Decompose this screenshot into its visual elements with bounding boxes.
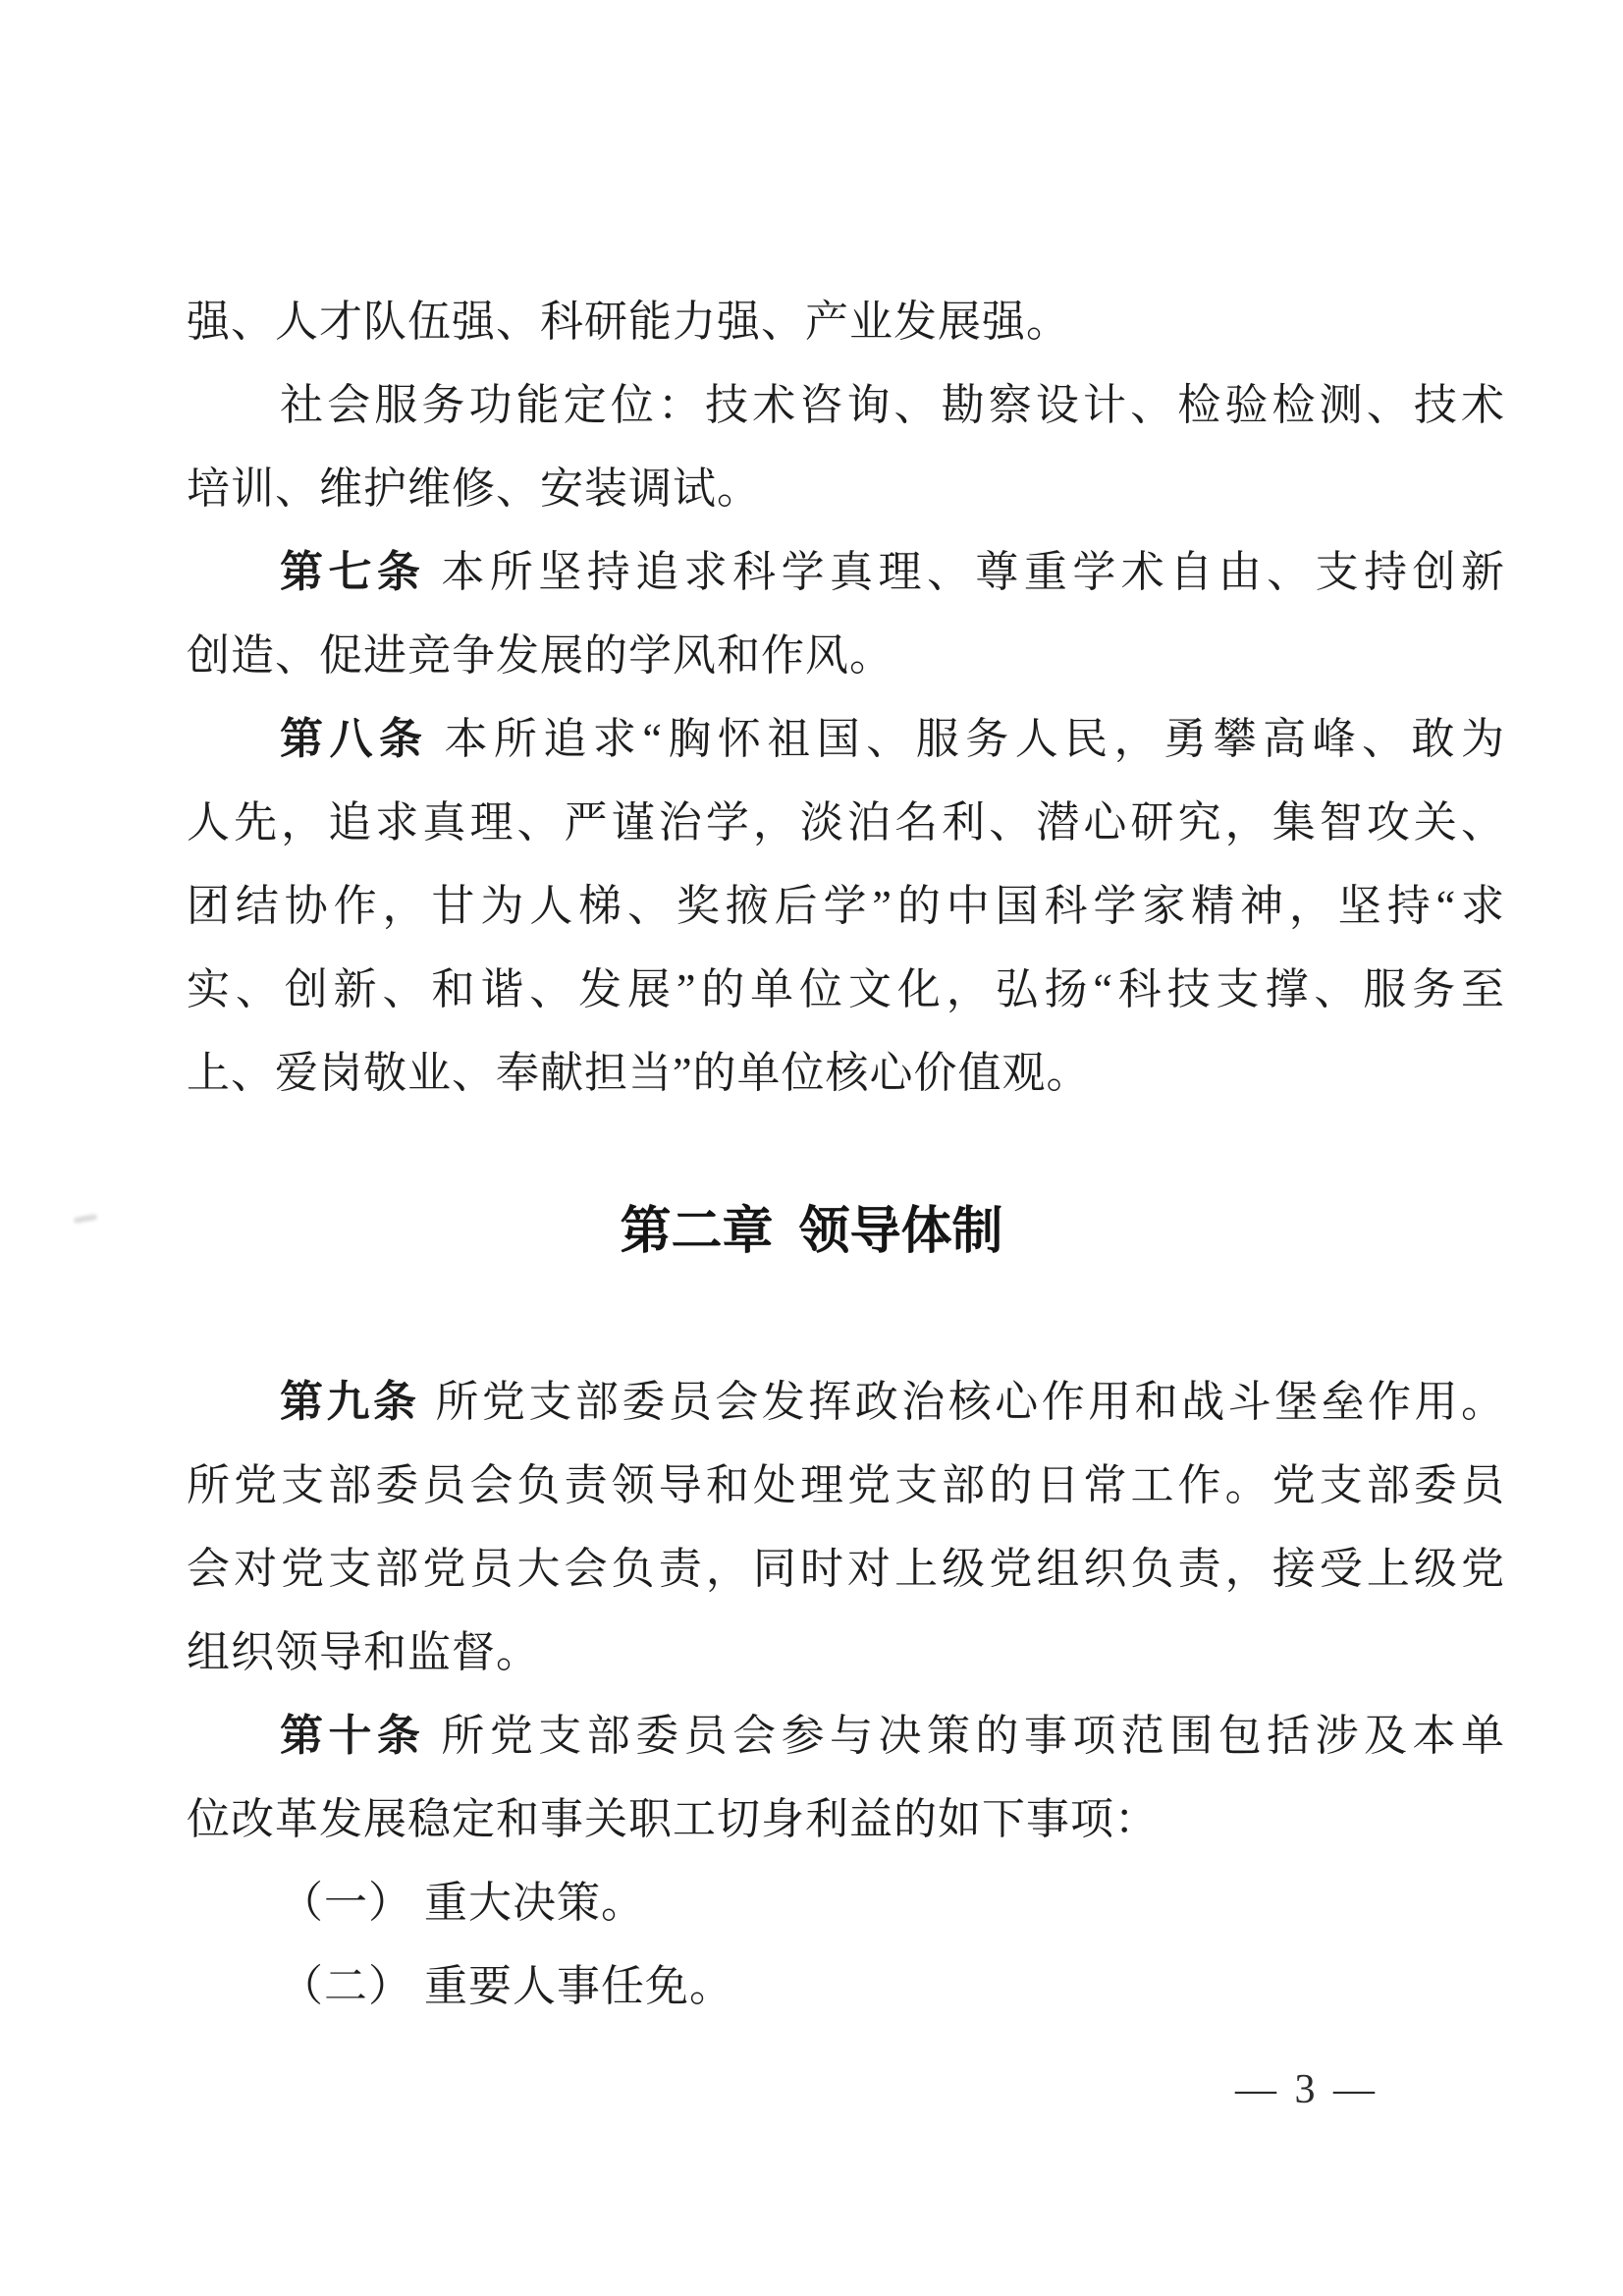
text-run: （一） 重大决策。 — [280, 1879, 645, 1927]
text-line: 位改革发展稳定和事关职工切身利益的如下事项： — [187, 1777, 1505, 1861]
text-line: 上、爱岗敬业、奉献担当”的单位核心价值观。 — [187, 1031, 1505, 1115]
text-run: 所党支部委员会参与决策的事项范围包括涉及本单 — [441, 1712, 1505, 1760]
article-number-label: 第八条 — [280, 715, 428, 763]
text-run: 实、创新、和谐、发展”的单位文化，弘扬“科技支撑、服务至 — [187, 965, 1505, 1013]
text-run: 本所追求“胸怀祖国、服务人民，勇攀高峰、敢为 — [444, 715, 1505, 763]
text-line: 创造、促进竞争发展的学风和作风。 — [187, 614, 1505, 697]
text-line: 强、人才队伍强、科研能力强、产业发展强。 — [187, 280, 1505, 363]
text-line: 会对党支部党员大会负责，同时对上级党组织负责，接受上级党 — [187, 1527, 1505, 1611]
text-run: 会对党支部党员大会负责，同时对上级党组织负责，接受上级党 — [187, 1545, 1505, 1593]
text-line: 第十条所党支部委员会参与决策的事项范围包括涉及本单 — [187, 1694, 1505, 1777]
article-number-label: 第七条 — [280, 548, 425, 596]
paragraph-block-after-heading: 第九条所党支部委员会发挥政治核心作用和战斗堡垒作用。所党支部委员会负责领导和处理… — [187, 1360, 1505, 2028]
paragraph-block-before-heading: 强、人才队伍强、科研能力强、产业发展强。社会服务功能定位：技术咨询、勘察设计、检… — [187, 280, 1505, 1115]
text-run: 组织领导和监督。 — [187, 1628, 540, 1676]
text-line: 所党支部委员会负责领导和处理党支部的日常工作。党支部委员 — [187, 1444, 1505, 1527]
text-run: 本所坚持追求科学真理、尊重学术自由、支持创新 — [441, 548, 1505, 596]
text-line: 社会服务功能定位：技术咨询、勘察设计、检验检测、技术 — [187, 363, 1505, 447]
text-run: 上、爱岗敬业、奉献担当”的单位核心价值观。 — [187, 1049, 1091, 1097]
text-line: 第八条本所追求“胸怀祖国、服务人民，勇攀高峰、敢为 — [187, 697, 1505, 781]
text-run: 社会服务功能定位：技术咨询、勘察设计、检验检测、技术 — [280, 381, 1505, 429]
document-page: 强、人才队伍强、科研能力强、产业发展强。社会服务功能定位：技术咨询、勘察设计、检… — [0, 0, 1623, 2296]
text-run: 团结协作，甘为人梯、奖掖后学”的中国科学家精神，坚持“求 — [187, 882, 1505, 930]
text-line: 第九条所党支部委员会发挥政治核心作用和战斗堡垒作用。 — [187, 1360, 1505, 1444]
text-line: 团结协作，甘为人梯、奖掖后学”的中国科学家精神，坚持“求 — [187, 864, 1505, 948]
chapter-heading-row: 第二章 领导体制 — [0, 1190, 1623, 1274]
text-line: 培训、维护维修、安装调试。 — [187, 447, 1505, 530]
text-run: 所党支部委员会负责领导和处理党支部的日常工作。党支部委员 — [187, 1461, 1505, 1509]
text-line: 人先，追求真理、严谨治学，淡泊名利、潜心研究，集智攻关、 — [187, 781, 1505, 864]
text-run: 人先，追求真理、严谨治学，淡泊名利、潜心研究，集智攻关、 — [187, 798, 1505, 847]
page-number: — 3 — — [1235, 2060, 1379, 2119]
text-run: 位改革发展稳定和事关职工切身利益的如下事项： — [187, 1795, 1159, 1843]
text-line: （一） 重大决策。 — [187, 1861, 1505, 1944]
text-line: 组织领导和监督。 — [187, 1611, 1505, 1694]
document-content: 强、人才队伍强、科研能力强、产业发展强。社会服务功能定位：技术咨询、勘察设计、检… — [187, 280, 1505, 1115]
text-run: 强、人才队伍强、科研能力强、产业发展强。 — [187, 298, 1070, 346]
text-run: 培训、维护维修、安装调试。 — [187, 465, 761, 513]
document-content-lower: 第九条所党支部委员会发挥政治核心作用和战斗堡垒作用。所党支部委员会负责领导和处理… — [187, 1360, 1505, 2028]
text-run: （二） 重要人事任免。 — [280, 1962, 733, 2010]
article-number-label: 第十条 — [280, 1712, 425, 1760]
text-run: 创造、促进竞争发展的学风和作风。 — [187, 631, 893, 680]
chapter-heading: 第二章 领导体制 — [0, 1190, 1623, 1274]
article-number-label: 第九条 — [280, 1378, 419, 1426]
text-line: 第七条本所坚持追求科学真理、尊重学术自由、支持创新 — [187, 530, 1505, 614]
text-line: （二） 重要人事任免。 — [187, 1944, 1505, 2028]
text-run: 所党支部委员会发挥政治核心作用和战斗堡垒作用。 — [435, 1378, 1505, 1426]
text-line: 实、创新、和谐、发展”的单位文化，弘扬“科技支撑、服务至 — [187, 948, 1505, 1031]
